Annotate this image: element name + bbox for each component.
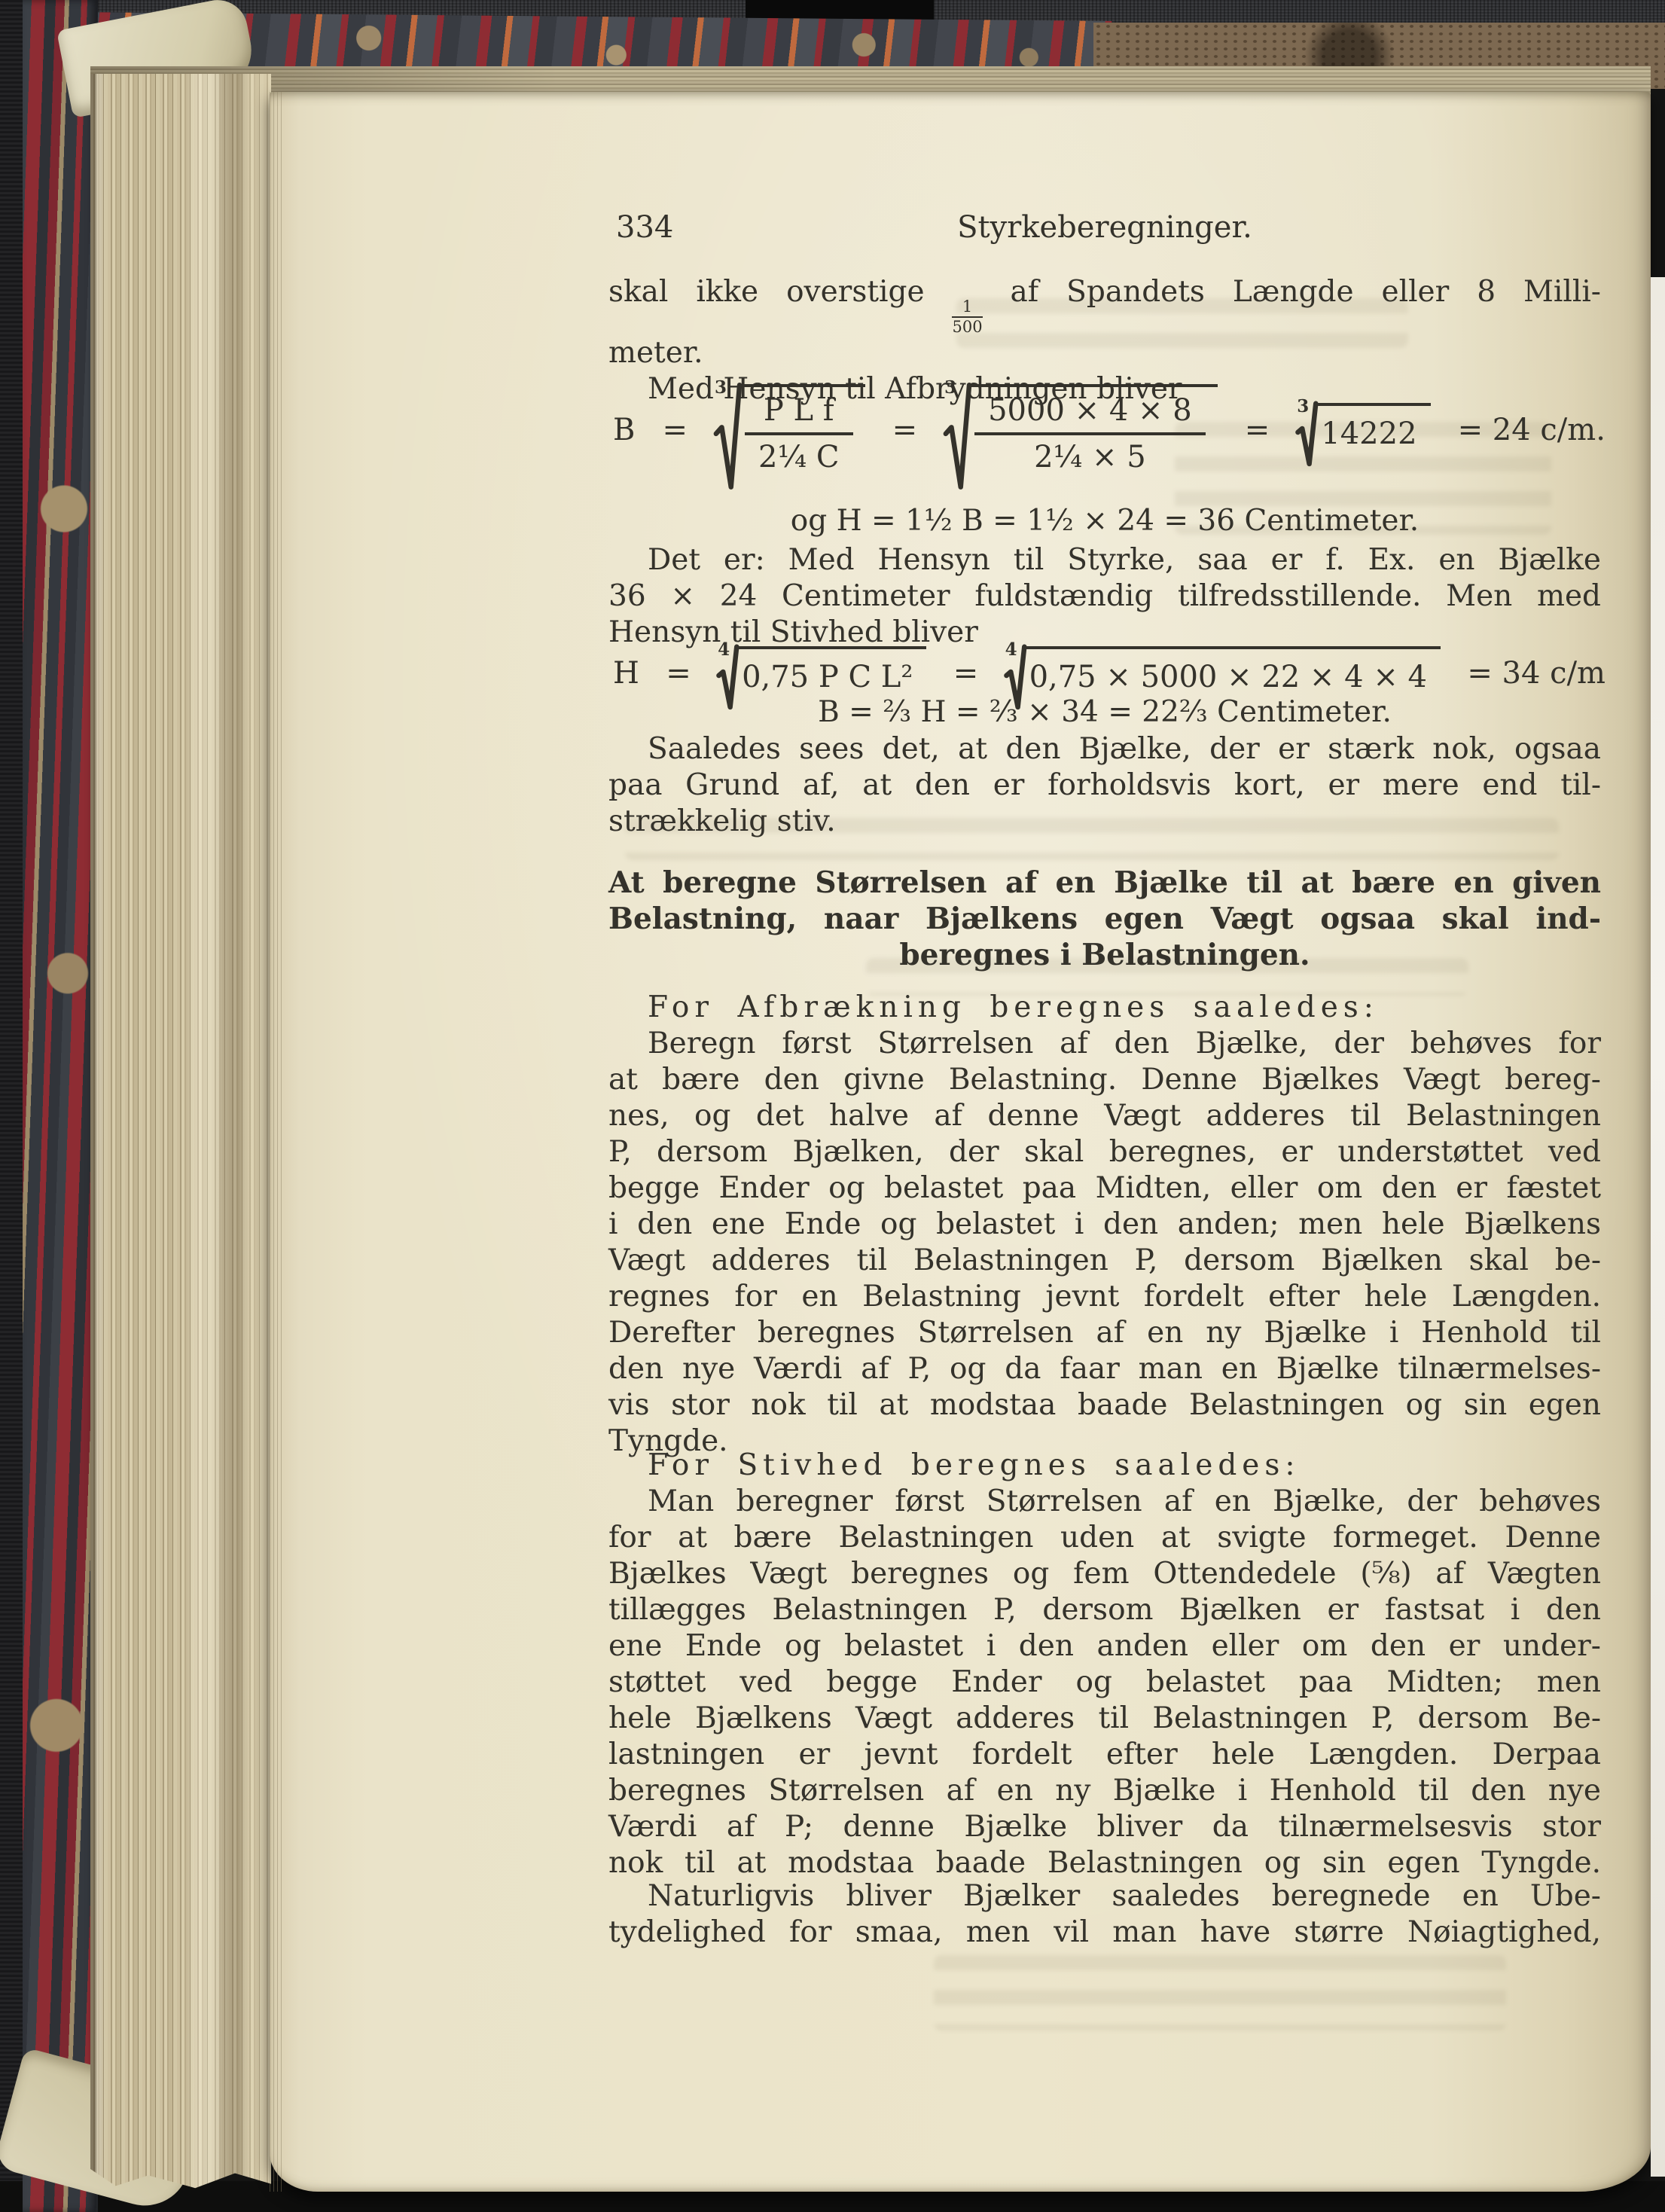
label-stivhed: For Stivhed beregnes saaledes: bbox=[608, 1448, 1601, 1484]
book-photo: 334 Styrkeberegninger. skal ikke oversti… bbox=[0, 0, 1665, 2212]
fourth-root-radical: 4 0,75 × 5000 × 22 × 4 × 4 bbox=[1005, 646, 1441, 700]
equals-sign: = bbox=[892, 413, 918, 447]
equals-sign: = bbox=[953, 656, 979, 691]
text-line: Det er: Med Hensyn til Styrke, saa er f.… bbox=[608, 542, 1601, 578]
formula-lhs: H bbox=[613, 656, 639, 691]
text-fragment: af Spandets Længde eller 8 Milli- bbox=[1011, 275, 1601, 309]
paragraph-naturligvis: Naturligvis bliver Bjælker saaledes bere… bbox=[608, 1878, 1601, 1951]
text-line: Beregn først Størrelsen af den Bjælke, d… bbox=[608, 1026, 1601, 1062]
text-line: beregnes Størrelsen af en ny Bjælke i He… bbox=[608, 1773, 1601, 1809]
text-line: Hensyn til Stivhed bliver bbox=[608, 615, 1601, 651]
radical-index: 4 bbox=[1005, 640, 1017, 660]
formula-h-line: og H = 1½ B = 1½ × 24 = 36 Centimeter. bbox=[608, 503, 1601, 539]
text-line: Saaledes sees det, at den Bjælke, der er… bbox=[608, 731, 1601, 767]
page-header: 334 Styrkeberegninger. bbox=[608, 209, 1601, 246]
text-line: Værdi af P; denne Bjælke bliver da tilnæ… bbox=[608, 1809, 1601, 1845]
text-line: regnes for en Belastning jevnt fordelt e… bbox=[608, 1279, 1601, 1315]
running-header: Styrkeberegninger. bbox=[957, 210, 1252, 245]
facing-page-edge bbox=[1651, 277, 1665, 2177]
fraction-numerator: P L f bbox=[750, 393, 848, 432]
text-line: nok til at modstaa baade Belastningen og… bbox=[608, 1845, 1601, 1881]
formula-afbrydning: B = 3 P L f 2¼ C = 3 5000 × 4 × 8 2¼ × 5… bbox=[608, 384, 1610, 476]
equals-sign: = bbox=[1245, 413, 1270, 447]
fraction-denominator: 500 bbox=[952, 316, 982, 335]
text-line: Vægt adderes til Belastningen P, dersom … bbox=[608, 1243, 1601, 1279]
label-afbraekning: For Afbrækning beregnes saaledes: bbox=[608, 990, 1601, 1026]
text-line: den nye Værdi af P, og da faar man en Bj… bbox=[608, 1351, 1601, 1387]
text-line: i den ene Ende og belastet i den anden; … bbox=[608, 1207, 1601, 1243]
radicand: 14222 bbox=[1315, 403, 1430, 457]
text-line: meter. bbox=[608, 335, 1601, 371]
fraction-1-500: 1500 bbox=[952, 299, 982, 335]
text-line: begge Ender og belastet paa Midten, elle… bbox=[608, 1170, 1601, 1207]
text-line: for at bære Belastningen uden at svigte … bbox=[608, 1520, 1601, 1556]
text-line: Derefter beregnes Størrelsen af en ny Bj… bbox=[608, 1315, 1601, 1351]
text-line: skal ikke overstige 1500 af Spandets Læn… bbox=[608, 274, 1601, 335]
text-line: nes, og det halve af denne Vægt adderes … bbox=[608, 1098, 1601, 1134]
formula-result: = 34 c/m bbox=[1467, 656, 1606, 691]
text-column: 334 Styrkeberegninger. skal ikke oversti… bbox=[608, 0, 1601, 2212]
radical-index: 4 bbox=[718, 640, 730, 660]
text-line: at bære den givne Belastning. Denne Bjæl… bbox=[608, 1062, 1601, 1098]
section-heading: At beregne Størrelsen af en Bjælke til a… bbox=[608, 865, 1601, 973]
fraction: 5000 × 4 × 8 2¼ × 5 bbox=[974, 393, 1206, 474]
paragraph-stivhed: Man beregner først Størrelsen af en Bjæl… bbox=[608, 1484, 1601, 1881]
radical-index: 3 bbox=[1297, 397, 1309, 416]
fraction-numerator: 5000 × 4 × 8 bbox=[974, 393, 1206, 432]
fraction: P L f 2¼ C bbox=[745, 393, 853, 474]
cube-root-radical: 3 P L f 2¼ C bbox=[715, 384, 865, 476]
radicand: 0,75 P C L² bbox=[736, 646, 926, 700]
formula-lhs: B bbox=[613, 413, 635, 447]
formula-result: = 24 c/m. bbox=[1458, 413, 1606, 447]
radical-index: 3 bbox=[715, 378, 727, 398]
formula-stivhed: H = 4 0,75 P C L² = 4 0,75 × 5000 × 22 ×… bbox=[608, 646, 1610, 700]
text-line: At beregne Størrelsen af en Bjælke til a… bbox=[608, 865, 1601, 901]
text-line: ene Ende og belastet i den anden eller o… bbox=[608, 1628, 1601, 1664]
equals-sign: = bbox=[666, 656, 691, 691]
fraction-denominator: 2¼ × 5 bbox=[974, 432, 1206, 474]
text-line: tydelighed for smaa, men vil man have st… bbox=[608, 1915, 1601, 1951]
text-line: strækkelig stiv. bbox=[608, 804, 1601, 840]
cube-root-radical: 3 5000 × 4 × 8 2¼ × 5 bbox=[944, 384, 1218, 476]
text-line: paa Grund af, at den er forholdsvis kort… bbox=[608, 767, 1601, 804]
fourth-root-radical: 4 0,75 P C L² bbox=[718, 646, 926, 700]
page-number: 334 bbox=[616, 209, 673, 246]
text-line: Man beregner først Størrelsen af en Bjæl… bbox=[608, 1484, 1601, 1520]
cover-marbled-side bbox=[23, 0, 98, 2212]
text-line: lastningen er jevnt fordelt efter hele L… bbox=[608, 1737, 1601, 1773]
text-line: støttet ved begge Ender og belastet paa … bbox=[608, 1664, 1601, 1701]
paragraph-afbraekning: Beregn først Størrelsen af den Bjælke, d… bbox=[608, 1026, 1601, 1460]
equals-sign: = bbox=[662, 413, 688, 447]
paragraph-styrke: Det er: Med Hensyn til Styrke, saa er f.… bbox=[608, 542, 1601, 651]
page-stack-fore-edge bbox=[90, 74, 271, 2190]
paragraph-konklusion: Saaledes sees det, at den Bjælke, der er… bbox=[608, 731, 1601, 840]
fraction-numerator: 1 bbox=[962, 299, 972, 316]
radical-index: 3 bbox=[944, 378, 956, 398]
text-line: Naturligvis bliver Bjælker saaledes bere… bbox=[608, 1878, 1601, 1915]
text-line: tillægges Belastningen P, dersom Bjælken… bbox=[608, 1592, 1601, 1628]
text-line: P, dersom Bjælken, der skal beregnes, er… bbox=[608, 1134, 1601, 1170]
text-line: Bjælkes Vægt beregnes og fem Ottendedele… bbox=[608, 1556, 1601, 1592]
text-line: vis stor nok til at modstaa baade Belast… bbox=[608, 1387, 1601, 1423]
formula-b-line: B = ⅔ H = ⅔ × 34 = 22⅔ Centimeter. bbox=[608, 694, 1601, 731]
text-fragment: skal ikke overstige bbox=[608, 275, 925, 309]
fraction-denominator: 2¼ C bbox=[745, 432, 853, 474]
cube-root-radical: 3 14222 bbox=[1297, 403, 1430, 457]
text-line: Belastning, naar Bjælkens egen Vægt ogsa… bbox=[608, 901, 1601, 937]
radicand: 0,75 × 5000 × 22 × 4 × 4 bbox=[1023, 646, 1441, 700]
text-line: 36 × 24 Centimeter fuldstændig tilfredss… bbox=[608, 578, 1601, 615]
text-line: beregnes i Belastningen. bbox=[608, 937, 1601, 973]
text-line: hele Bjælkens Vægt adderes til Belastnin… bbox=[608, 1701, 1601, 1737]
